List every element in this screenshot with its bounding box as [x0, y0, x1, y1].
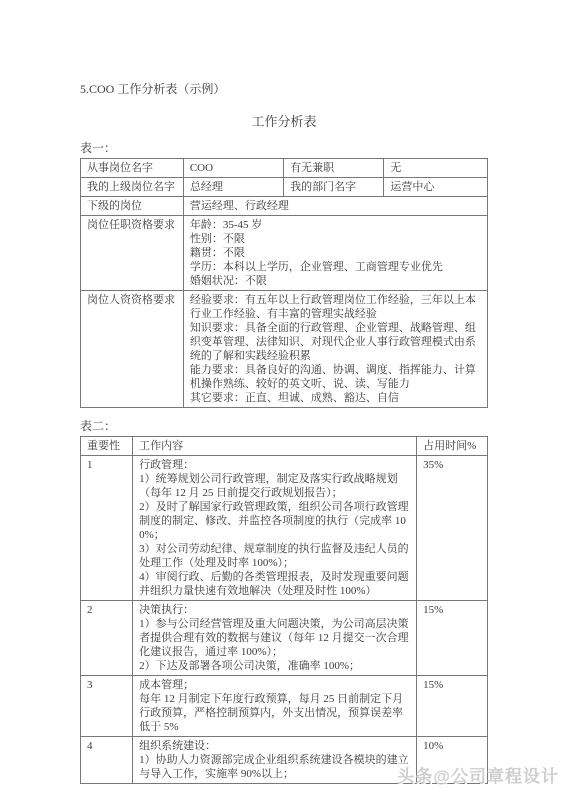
- content-title: 行政管理：: [139, 458, 411, 472]
- content-item: 每年 12 月制定下年度行政预算，每月 25 日前制定下月行政预算，严格控制预算…: [139, 692, 411, 734]
- table-row: 岗位人资资格要求 经验要求：有五年以上行政管理岗位工作经验，三年以上本行业工作经…: [81, 291, 488, 408]
- column-header-work-content: 工作内容: [133, 437, 417, 456]
- watermark: 头条@公司章程设计: [397, 762, 559, 787]
- table-header-row: 重要性 工作内容 占用时间%: [81, 437, 488, 456]
- field-label: 从事岗位名字: [81, 159, 184, 178]
- time-cell: 15%: [417, 601, 488, 676]
- content-item: 1）统筹规划公司行政管理，制定及落实行政战略规划（每年 12 月 25 日前提交…: [139, 472, 411, 500]
- importance-cell: 4: [81, 737, 133, 784]
- content-title: 组织系统建设：: [139, 739, 411, 753]
- requirement-line: 婚姻状况：不限: [190, 274, 482, 288]
- requirement-line: 籍贯：不限: [190, 246, 482, 260]
- table-row: 下级的岗位 营运经理、行政经理: [81, 197, 488, 216]
- document-body: 5.COO 工作分析表（示例） 工作分析表 表一： 从事岗位名字 COO 有无兼…: [80, 82, 488, 784]
- content-item: 1）参与公司经营管理及重大问题决策，为公司高层决策者提供合理有效的数据与建议（每…: [139, 617, 411, 659]
- column-header-time-percent: 占用时间%: [417, 437, 488, 456]
- field-value: 总经理: [183, 178, 283, 197]
- field-value: 无: [384, 159, 488, 178]
- content-item: 2）下达及部署各项公司决策，准确率 100%；: [139, 659, 411, 673]
- field-label: 我的部门名字: [284, 178, 384, 197]
- requirement-line: 年龄：35-45 岁: [190, 218, 482, 232]
- table2: 重要性 工作内容 占用时间% 1 行政管理： 1）统筹规划公司行政管理，制定及落…: [80, 436, 488, 784]
- table-row: 3 成本管理； 每年 12 月制定下年度行政预算，每月 25 日前制定下月行政预…: [81, 676, 488, 737]
- content-item: 4）审阅行政、后勤的各类管理报表，及时发现重要问题并组织力量快速有效地解决（处理…: [139, 570, 411, 598]
- work-content-cell: 决策执行： 1）参与公司经营管理及重大问题决策，为公司高层决策者提供合理有效的数…: [133, 601, 417, 676]
- table-row: 岗位任职资格要求 年龄：35-45 岁 性别：不限 籍贯：不限 学历：本科以上学…: [81, 216, 488, 291]
- field-label: 我的上级岗位名字: [81, 178, 184, 197]
- field-value: 经验要求：有五年以上行政管理岗位工作经验，三年以上本行业工作经验、有丰富的管理实…: [183, 291, 487, 408]
- section-heading: 5.COO 工作分析表（示例）: [80, 82, 488, 97]
- requirement-line: 经验要求：有五年以上行政管理岗位工作经验，三年以上本行业工作经验、有丰富的管理实…: [190, 293, 482, 321]
- field-value: 年龄：35-45 岁 性别：不限 籍贯：不限 学历：本科以上学历，企业管理、工商…: [183, 216, 487, 291]
- column-header-importance: 重要性: [81, 437, 133, 456]
- table-row: 从事岗位名字 COO 有无兼职 无: [81, 159, 488, 178]
- content-item: 2）及时了解国家行政管理政策，组织公司各项行政管理制度的制定、修改、并监控各项制…: [139, 500, 411, 542]
- importance-cell: 2: [81, 601, 133, 676]
- doc-title: 工作分析表: [80, 114, 488, 130]
- field-value: 营运经理、行政经理: [183, 197, 487, 216]
- requirement-line: 能力要求：具备良好的沟通、协调、调度、指挥能力、计算机操作熟练、较好的英文听、说…: [190, 363, 482, 391]
- table1: 从事岗位名字 COO 有无兼职 无 我的上级岗位名字 总经理 我的部门名字 运营…: [80, 158, 488, 408]
- work-content-cell: 成本管理； 每年 12 月制定下年度行政预算，每月 25 日前制定下月行政预算，…: [133, 676, 417, 737]
- content-title: 成本管理；: [139, 678, 411, 692]
- field-label: 下级的岗位: [81, 197, 184, 216]
- table-row: 我的上级岗位名字 总经理 我的部门名字 运营中心: [81, 178, 488, 197]
- content-item: 1）协助人力资源部完成企业组织系统建设各模块的建立与导入工作，实施率 90%以上…: [139, 753, 411, 781]
- field-label: 有无兼职: [284, 159, 384, 178]
- content-item: 3）对公司劳动纪律、规章制度的执行监督及违纪人员的处理工作（处理及时率 100%…: [139, 542, 411, 570]
- importance-cell: 3: [81, 676, 133, 737]
- table2-label: 表二：: [80, 419, 488, 434]
- requirement-line: 其它要求：正直、坦诚、成熟、豁达、自信: [190, 391, 482, 405]
- work-content-cell: 行政管理： 1）统筹规划公司行政管理，制定及落实行政战略规划（每年 12 月 2…: [133, 456, 417, 601]
- requirement-line: 学历：本科以上学历，企业管理、工商管理专业优先: [190, 260, 482, 274]
- field-value: 运营中心: [384, 178, 488, 197]
- table1-label: 表一：: [80, 141, 488, 156]
- time-cell: 35%: [417, 456, 488, 601]
- field-label: 岗位人资资格要求: [81, 291, 184, 408]
- table-row: 2 决策执行： 1）参与公司经营管理及重大问题决策，为公司高层决策者提供合理有效…: [81, 601, 488, 676]
- work-content-cell: 组织系统建设： 1）协助人力资源部完成企业组织系统建设各模块的建立与导入工作，实…: [133, 737, 417, 784]
- document-page: 5.COO 工作分析表（示例） 工作分析表 表一： 从事岗位名字 COO 有无兼…: [0, 0, 565, 800]
- importance-cell: 1: [81, 456, 133, 601]
- field-label: 岗位任职资格要求: [81, 216, 184, 291]
- table-row: 1 行政管理： 1）统筹规划公司行政管理，制定及落实行政战略规划（每年 12 月…: [81, 456, 488, 601]
- requirement-line: 性别：不限: [190, 232, 482, 246]
- content-title: 决策执行：: [139, 603, 411, 617]
- requirement-line: 知识要求：具备全面的行政管理、企业管理、战略管理、组织变革管理、法律知识、对现代…: [190, 321, 482, 363]
- field-value: COO: [183, 159, 283, 178]
- time-cell: 15%: [417, 676, 488, 737]
